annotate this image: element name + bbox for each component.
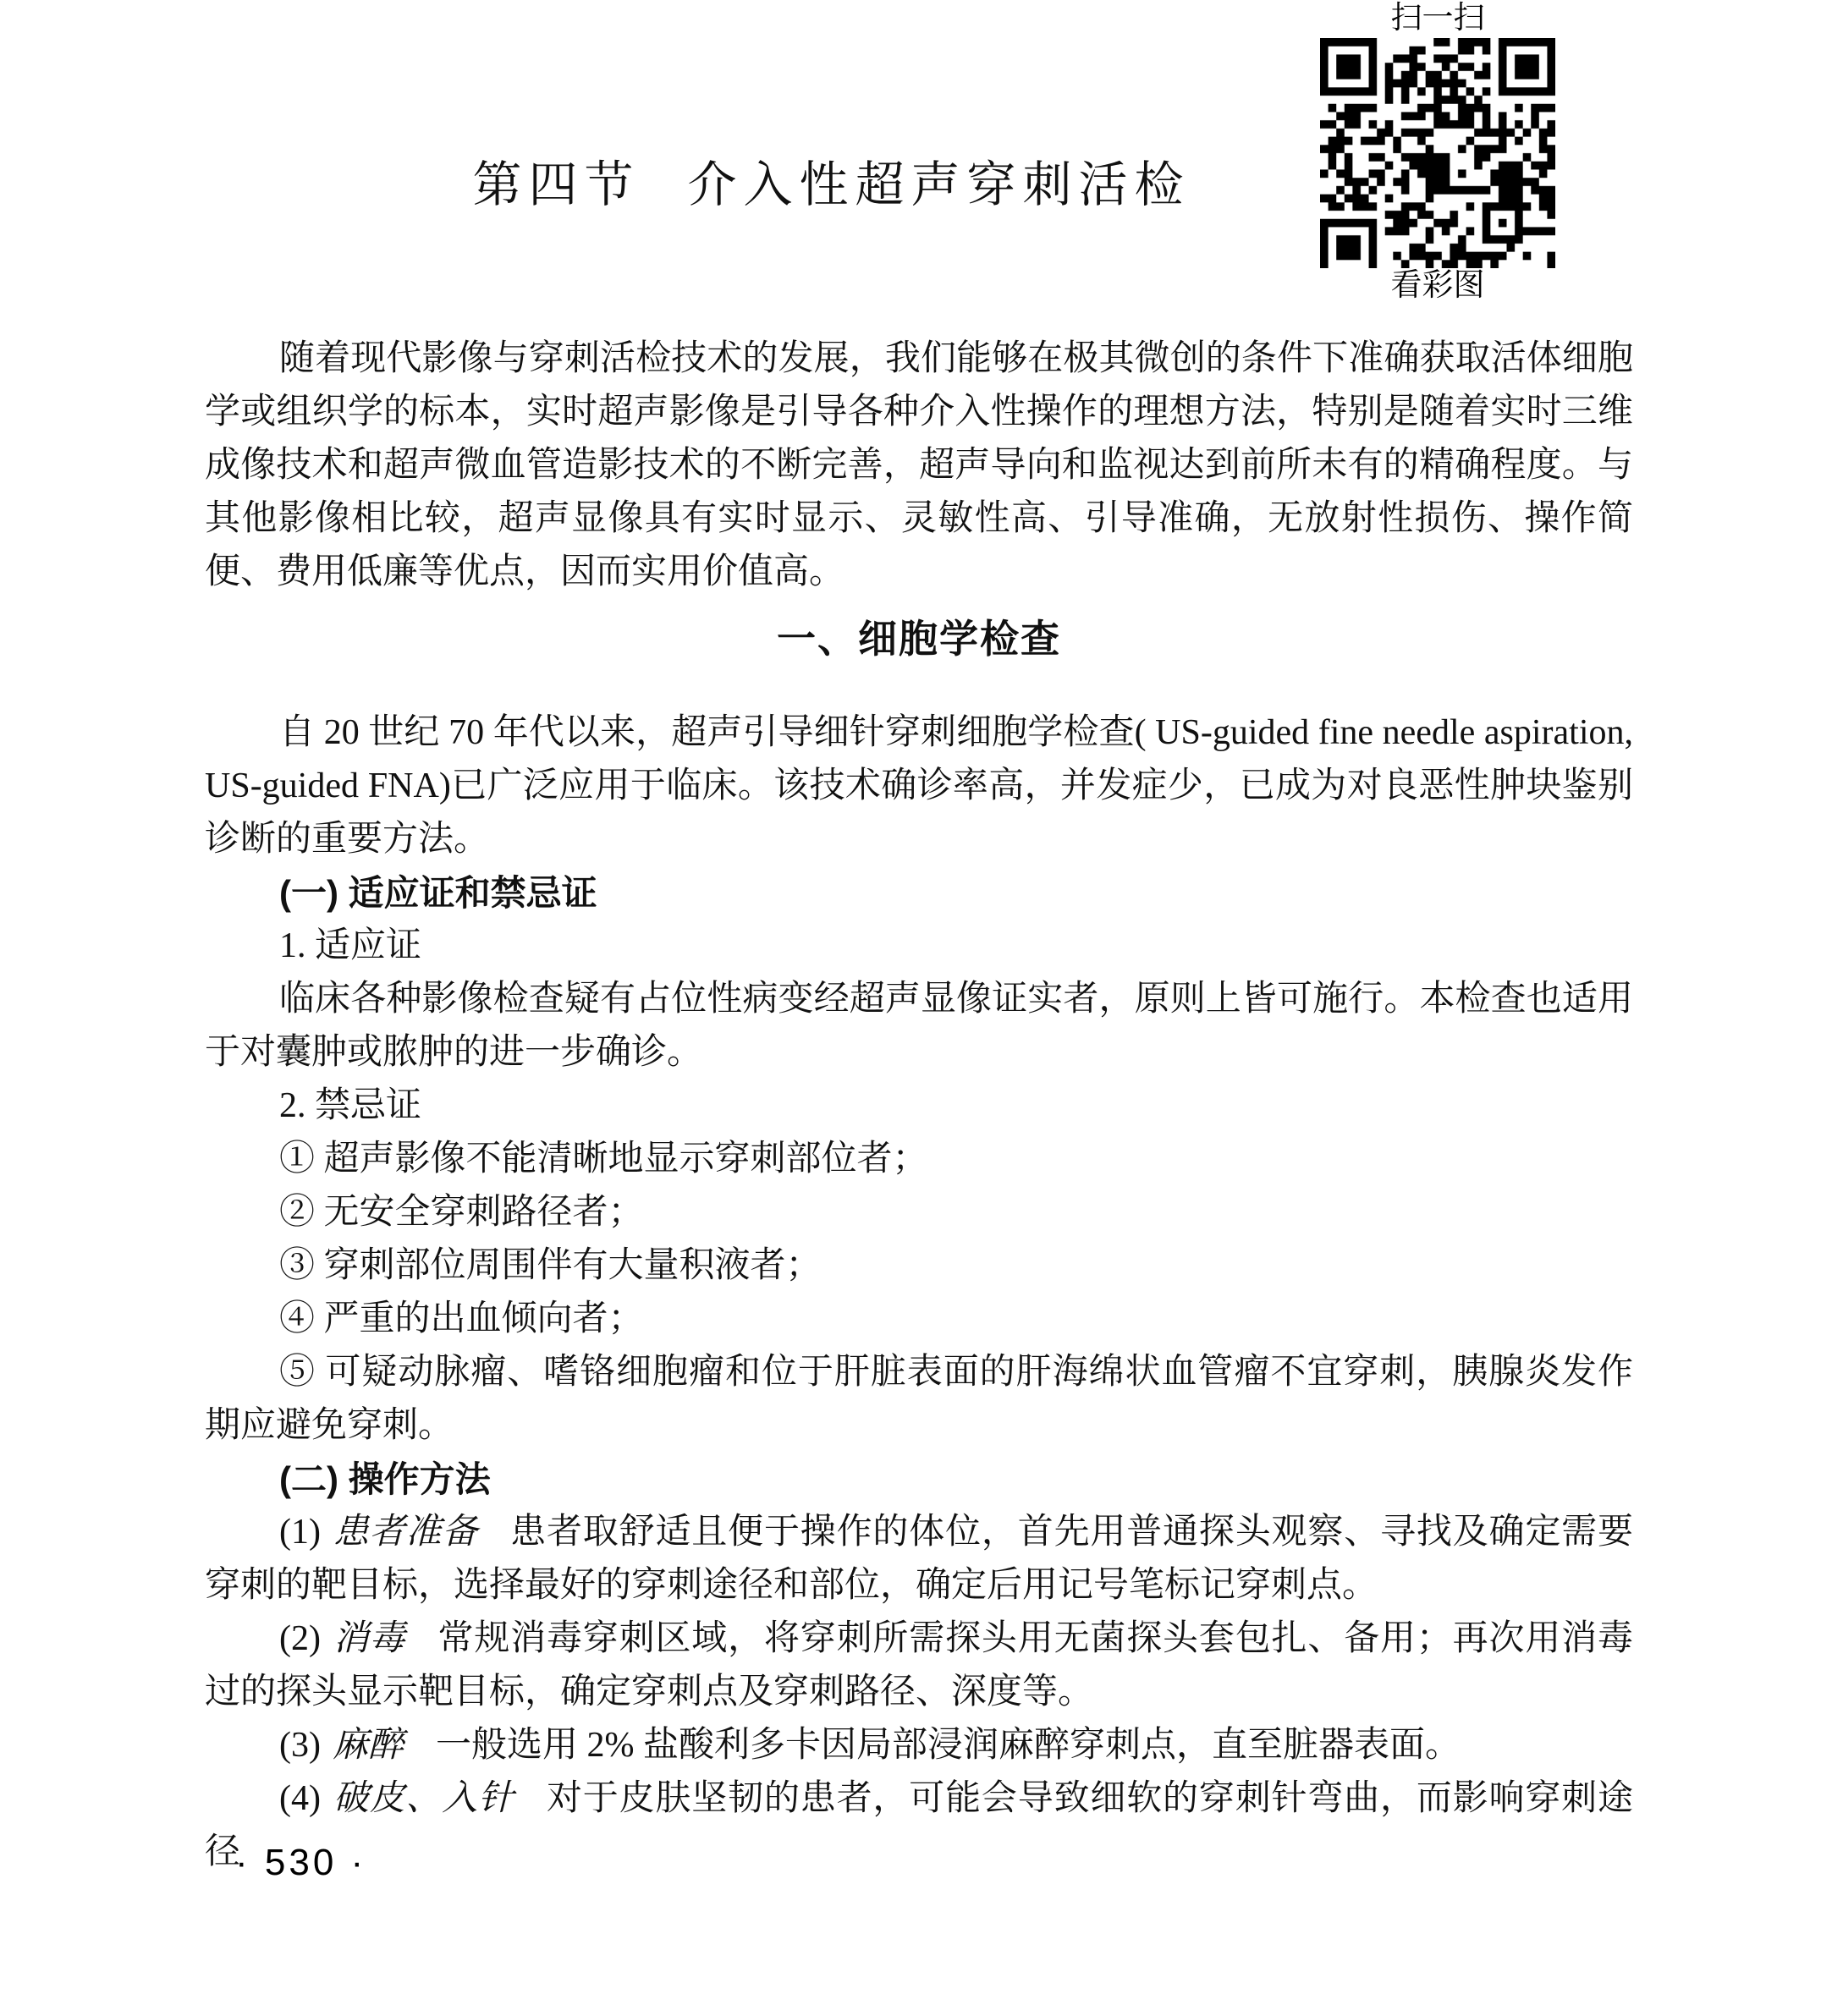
heading-cytology: 一、细胞学检查 (205, 618, 1633, 660)
operation-step-4: (4)破皮、入针对于皮肤坚韧的患者，可能会导致细软的穿刺针弯曲，而影响穿刺途径 (205, 1772, 1633, 1879)
contraindication-item-2: ② 无安全穿刺路径者； (205, 1186, 1633, 1239)
contraindication-item-5: ⑤ 可疑动脉瘤、嗜铬细胞瘤和位于肝脏表面的肝海绵状血管瘤不宜穿刺，胰腺炎发作期应… (205, 1346, 1633, 1453)
qr-scan-label: 扫一扫 (1317, 2, 1559, 36)
step-label: 麻醉 (333, 1726, 404, 1765)
step-number: (3) (279, 1726, 321, 1765)
subheading-operation: (二) 操作方法 (205, 1453, 1633, 1506)
qr-color-label: 看彩图 (1317, 269, 1559, 303)
qr-block: 扫一扫 看彩图 (1317, 2, 1559, 303)
body-text: 随着现代影像与穿刺活检技术的发展，我们能够在极其微创的条件下准确获取活体细胞学或… (205, 332, 1633, 1879)
indication-paragraph: 临床各种影像检查疑有占位性病变经超声显像证实者，原则上皆可施行。本检查也适用于对… (205, 973, 1633, 1079)
step-number: (4) (279, 1779, 321, 1818)
step-text: 一般选用 2% 盐酸利多卡因局部浸润麻醉穿刺点，直至脏器表面。 (436, 1726, 1461, 1765)
numbered-head-indication: 1. 适应证 (205, 920, 1633, 973)
step-label: 消毒 (333, 1619, 406, 1658)
numbered-head-contraindication: 2. 禁忌证 (205, 1079, 1633, 1133)
book-page: 扫一扫 看彩图 第四节介入性超声穿刺活检 随着现代影像与穿刺活检技术的发展，我们… (0, 0, 1832, 2016)
step-number: (1) (279, 1513, 321, 1552)
section-title-text: 介入性超声穿刺活检 (688, 157, 1191, 212)
step-label: 患者准备 (333, 1513, 478, 1552)
contraindication-item-4: ④ 严重的出血倾向者； (205, 1293, 1633, 1346)
section-title-number: 第四节 (472, 157, 640, 212)
page-number: · 530 · (235, 1843, 366, 1883)
contraindication-item-1: ① 超声影像不能清晰地显示穿刺部位者； (205, 1133, 1633, 1186)
operation-step-1: (1)患者准备患者取舒适且便于操作的体位，首先用普通探头观察、寻找及确定需要穿刺… (205, 1506, 1633, 1612)
contraindication-item-3: ③ 穿刺部位周围伴有大量积液者； (205, 1239, 1633, 1293)
operation-step-3: (3)麻醉一般选用 2% 盐酸利多卡因局部浸润麻醉穿刺点，直至脏器表面。 (205, 1719, 1633, 1772)
step-text: 常规消毒穿刺区域，将穿刺所需探头用无菌探头套包扎、备用；再次用消毒过的探头显示靶… (205, 1619, 1633, 1711)
qr-code-icon (1320, 38, 1555, 268)
operation-step-2: (2)消毒常规消毒穿刺区域，将穿刺所需探头用无菌探头套包扎、备用；再次用消毒过的… (205, 1612, 1633, 1719)
history-paragraph: 自 20 世纪 70 年代以来，超声引导细针穿刺细胞学检查( US-guided… (205, 706, 1633, 866)
intro-paragraph: 随着现代影像与穿刺活检技术的发展，我们能够在极其微创的条件下准确获取活体细胞学或… (205, 332, 1633, 599)
step-label: 破皮、入针 (333, 1779, 514, 1818)
subheading-indications: (一) 适应证和禁忌证 (205, 866, 1633, 920)
step-number: (2) (279, 1619, 321, 1658)
